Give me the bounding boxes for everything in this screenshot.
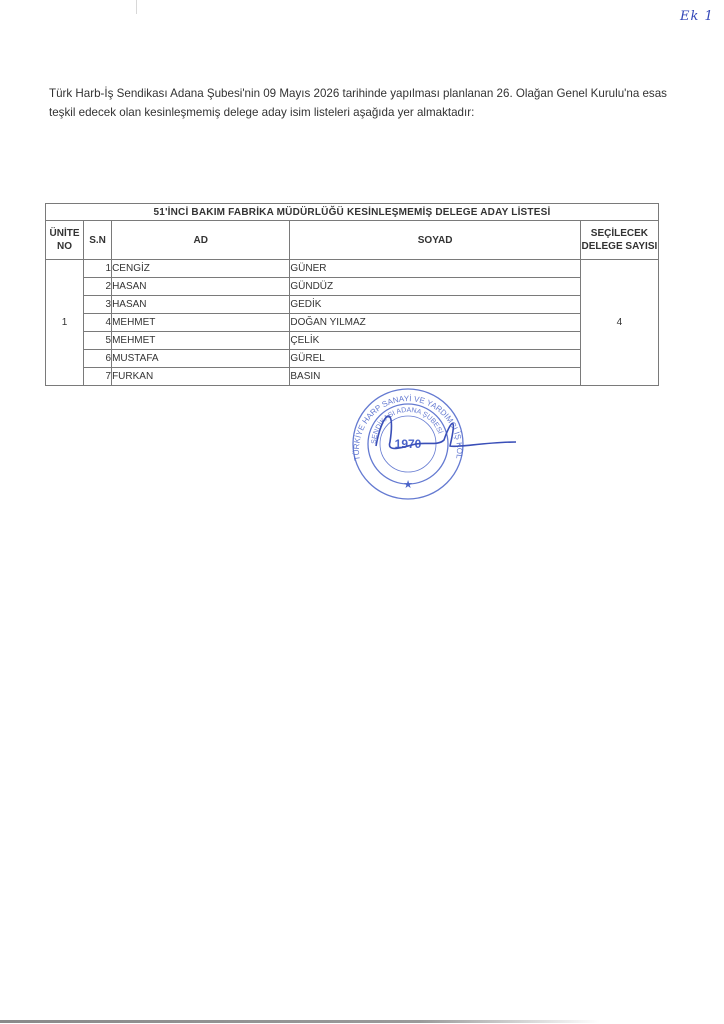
header-soyad: SOYAD [290, 221, 580, 260]
sn-cell: 1 [84, 260, 112, 278]
table-row: 2HASANGÜNDÜZ [46, 278, 659, 296]
header-unit-no-line2: NO [57, 241, 72, 252]
first-name-cell: HASAN [112, 296, 290, 314]
header-count-line2: DELEGE SAYISI [582, 241, 658, 252]
first-name-cell: MEHMET [112, 314, 290, 332]
header-sn: S.N [84, 221, 112, 260]
sn-cell: 6 [84, 350, 112, 368]
delegate-count-cell: 4 [580, 260, 658, 386]
table-row: 6MUSTAFAGÜREL [46, 350, 659, 368]
delegate-candidate-table: 51'İNCİ BAKIM FABRİKA MÜDÜRLÜĞÜ KESİNLEŞ… [45, 203, 659, 386]
last-name-cell: GÜNER [290, 260, 580, 278]
scan-artifact-line [136, 0, 137, 14]
stamp-star-icon: ★ [403, 479, 413, 491]
last-name-cell: GEDİK [290, 296, 580, 314]
union-stamp-with-signature: TÜRKİYE HARP SANAYİ VE YARDIMCI İŞ KOLLA… [346, 382, 522, 502]
table-row: 4MEHMETDOĞAN YILMAZ [46, 314, 659, 332]
sn-cell: 4 [84, 314, 112, 332]
unit-number-cell: 1 [46, 260, 84, 386]
first-name-cell: HASAN [112, 278, 290, 296]
header-unit-no: ÜNİTE NO [46, 221, 84, 260]
intro-paragraph: Türk Harb-İş Sendikası Adana Şubesi'nin … [49, 84, 689, 122]
sn-cell: 7 [84, 368, 112, 386]
first-name-cell: MEHMET [112, 332, 290, 350]
sn-cell: 3 [84, 296, 112, 314]
last-name-cell: GÜNDÜZ [290, 278, 580, 296]
handwritten-annex-note: Ek 1 [680, 9, 714, 24]
table-row: 5MEHMETÇELİK [46, 332, 659, 350]
sn-cell: 2 [84, 278, 112, 296]
table-row: 3HASANGEDİK [46, 296, 659, 314]
table-row: 11CENGİZGÜNER4 [46, 260, 659, 278]
last-name-cell: ÇELİK [290, 332, 580, 350]
header-unit-no-line1: ÜNİTE [50, 228, 80, 239]
table-title: 51'İNCİ BAKIM FABRİKA MÜDÜRLÜĞÜ KESİNLEŞ… [46, 204, 659, 221]
header-ad: AD [112, 221, 290, 260]
header-count-line1: SEÇİLECEK [591, 228, 648, 239]
first-name-cell: FURKAN [112, 368, 290, 386]
last-name-cell: DOĞAN YILMAZ [290, 314, 580, 332]
first-name-cell: MUSTAFA [112, 350, 290, 368]
first-name-cell: CENGİZ [112, 260, 290, 278]
page-bottom-edge [0, 1020, 600, 1023]
header-delegate-count: SEÇİLECEK DELEGE SAYISI [580, 221, 658, 260]
sn-cell: 5 [84, 332, 112, 350]
last-name-cell: GÜREL [290, 350, 580, 368]
